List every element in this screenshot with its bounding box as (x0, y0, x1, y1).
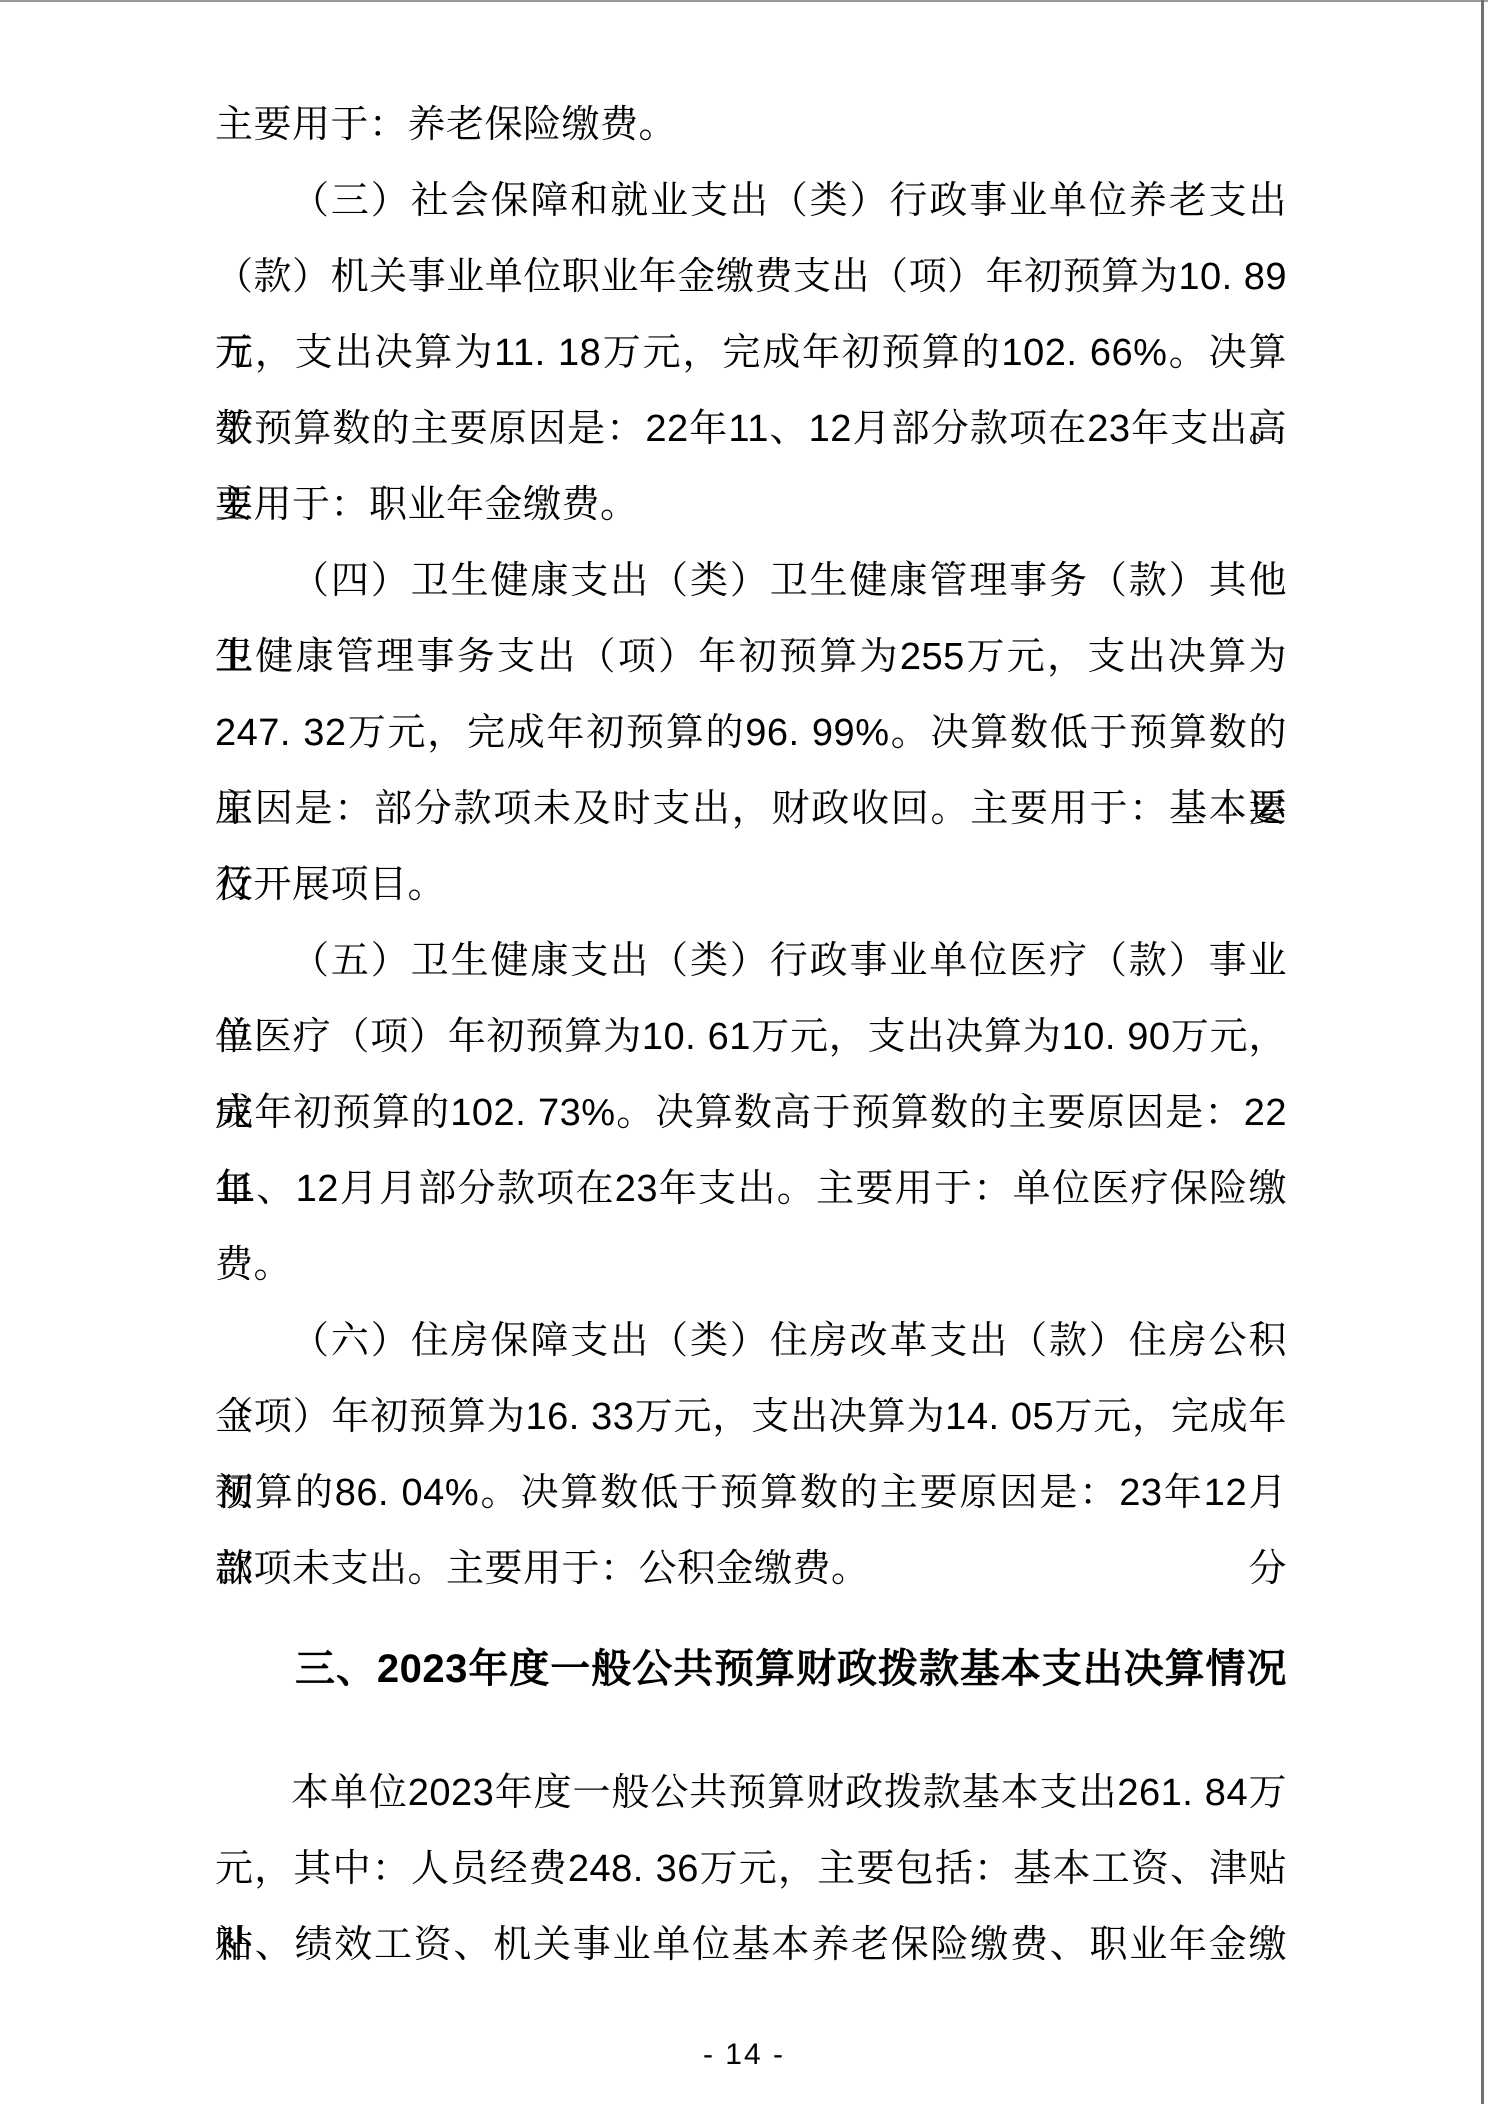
text-line: 贴、绩效工资、机关事业单位基本养老保险缴费、职业年金缴 (215, 1907, 1287, 1983)
text-line: 元，支出决算为11. 18万元，完成年初预算的102. 66%。决算数高 (215, 315, 1287, 391)
text-line: 及开展项目。 (215, 847, 1287, 923)
text-line: （六）住房保障支出（类）住房改革支出（款）住房公积金 (215, 1303, 1287, 1379)
text-line: 元，其中：人员经费248. 36万元，主要包括：基本工资、津贴补 (215, 1831, 1287, 1907)
text-line: 生健康管理事务支出（项）年初预算为255万元，支出决算为 (215, 619, 1287, 695)
text-line: 于预算数的主要原因是：22年11、12月部分款项在23年支出。主 (215, 391, 1287, 467)
text-line: 本单位2023年度一般公共预算财政拨款基本支出261. 84万 (215, 1755, 1287, 1831)
text-line: （项）年初预算为16. 33万元，支出决算为14. 05万元，完成年初 (215, 1379, 1287, 1455)
text-line: 要用于：职业年金缴费。 (215, 467, 1287, 543)
text-line: 费。 (215, 1227, 1287, 1303)
text-line: （三）社会保障和就业支出（类）行政事业单位养老支出 (215, 163, 1287, 239)
text-line: 原因是：部分款项未及时支出，财政收回。主要用于：基本运行 (215, 771, 1287, 847)
text-line: （五）卫生健康支出（类）行政事业单位医疗（款）事业单 (215, 923, 1287, 999)
section-heading: 三、2023年度一般公共预算财政拨款基本支出决算情况 (215, 1631, 1287, 1707)
text-line: （四）卫生健康支出（类）卫生健康管理事务（款）其他卫 (215, 543, 1287, 619)
document-page: 主要用于：养老保险缴费。（三）社会保障和就业支出（类）行政事业单位养老支出（款）… (0, 0, 1488, 2104)
text-line: （款）机关事业单位职业年金缴费支出（项）年初预算为10. 89万 (215, 239, 1287, 315)
scan-border-right (1481, 0, 1484, 2104)
scan-border-top (0, 0, 1488, 2)
text-line: 11、12月月部分款项在23年支出。主要用于：单位医疗保险缴 (215, 1151, 1287, 1227)
text-line: 成年初预算的102. 73%。决算数高于预算数的主要原因是：22年 (215, 1075, 1287, 1151)
text-line: 主要用于：养老保险缴费。 (215, 87, 1287, 163)
page-number: - 14 - (0, 2035, 1488, 2075)
document-body: 主要用于：养老保险缴费。（三）社会保障和就业支出（类）行政事业单位养老支出（款）… (215, 87, 1287, 1983)
text-line: 247. 32万元，完成年初预算的96. 99%。决算数低于预算数的主要 (215, 695, 1287, 771)
text-line: 位医疗（项）年初预算为10. 61万元，支出决算为10. 90万元，完 (215, 999, 1287, 1075)
text-line: 预算的86. 04%。决算数低于预算数的主要原因是：23年12月部分 (215, 1455, 1287, 1531)
